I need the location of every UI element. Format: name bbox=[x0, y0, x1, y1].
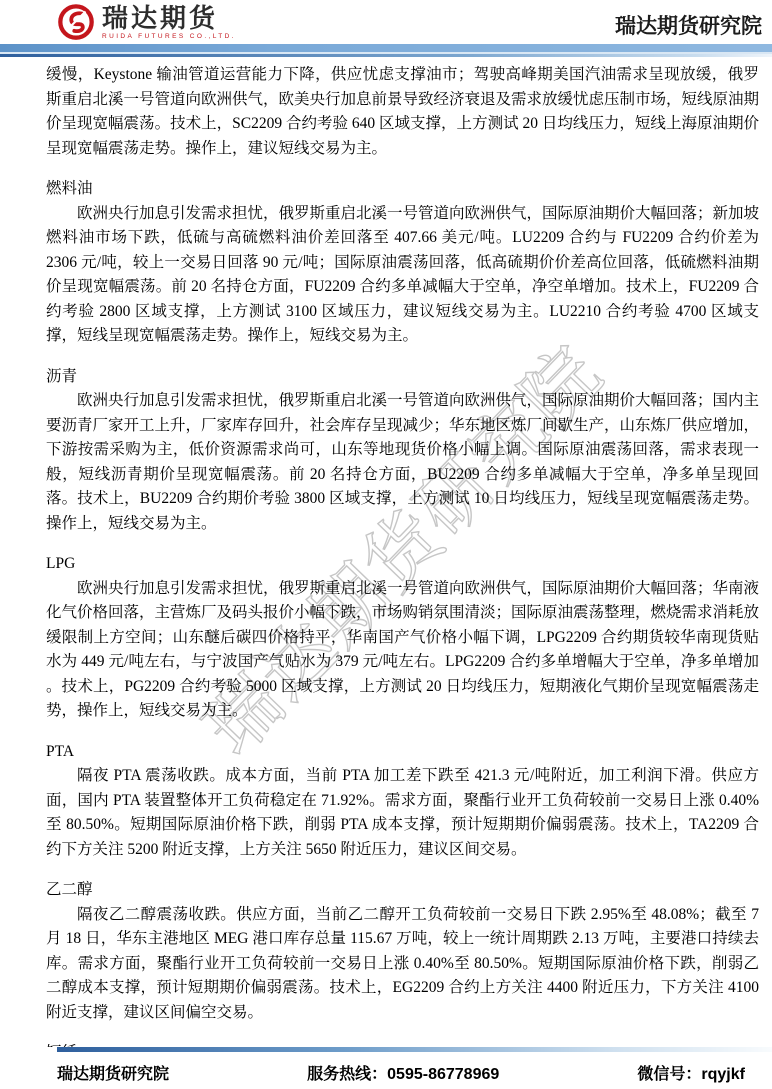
section-heading-asphalt: 沥青 bbox=[46, 365, 759, 390]
section-lpg: LPG 欧洲央行加息引发需求担忧，俄罗斯重启北溪一号管道向欧洲供气，国际原油期价… bbox=[46, 552, 759, 724]
ruida-logo-icon bbox=[57, 3, 95, 41]
footer-hotline-label: 服务热线： bbox=[307, 1066, 387, 1083]
brand-name-en: RUIDA FUTURES CO.,LTD. bbox=[102, 33, 236, 40]
footer-hotline-number: 0595-86778969 bbox=[387, 1066, 499, 1083]
paragraph-fuel-oil: 欧洲央行加息引发需求担忧，俄罗斯重启北溪一号管道向欧洲供气，国际原油期价大幅回落… bbox=[46, 202, 759, 349]
section-meg: 乙二醇 隔夜乙二醇震荡收跌。供应方面，当前乙二醇开工负荷较前一交易日下跌 2.9… bbox=[46, 878, 759, 1025]
band-stripe-mid bbox=[0, 44, 772, 52]
report-body: 缓慢，Keystone 输油管道运营能力下降，供应忧虑支撑油市；驾驶高峰期美国汽… bbox=[0, 57, 772, 1066]
footer-institute: 瑞达期货研究院 bbox=[57, 1061, 169, 1084]
section-heading-pta: PTA bbox=[46, 740, 759, 765]
section-asphalt: 沥青 欧洲央行加息引发需求担忧，俄罗斯重启北溪一号管道向欧洲供气，国际原油期价大… bbox=[46, 365, 759, 537]
brand-logo: 瑞达期货 RUIDA FUTURES CO.,LTD. bbox=[57, 3, 236, 41]
footer-wechat: 微信号：rqyjkf bbox=[637, 1061, 745, 1084]
header-institute-title: 瑞达期货研究院 bbox=[615, 10, 762, 41]
header-divider-band bbox=[0, 44, 772, 57]
footer-text-row: 瑞达期货研究院 服务热线：0595-86778969 微信号：rqyjkf bbox=[0, 1052, 772, 1084]
footer-wechat-label: 微信号： bbox=[637, 1066, 701, 1083]
section-heading-lpg: LPG bbox=[46, 552, 759, 577]
footer-wechat-id: rqyjkf bbox=[701, 1066, 745, 1083]
report-page: 瑞达期货 RUIDA FUTURES CO.,LTD. 瑞达期货研究院 瑞达期货… bbox=[0, 0, 772, 1089]
paragraph-lpg: 欧洲央行加息引发需求担忧，俄罗斯重启北溪一号管道向欧洲供气，国际原油期价大幅回落… bbox=[46, 577, 759, 724]
section-heading-fuel-oil: 燃料油 bbox=[46, 177, 759, 202]
report-footer: 瑞达期货研究院 服务热线：0595-86778969 微信号：rqyjkf bbox=[0, 1047, 772, 1089]
paragraph-crude-oil: 缓慢，Keystone 输油管道运营能力下降，供应忧虑支撑油市；驾驶高峰期美国汽… bbox=[46, 63, 759, 161]
brand-name-cn: 瑞达期货 bbox=[102, 5, 236, 31]
section-pta: PTA 隔夜 PTA 震荡收跌。成本方面，当前 PTA 加工差下跌至 421.3… bbox=[46, 740, 759, 863]
report-header: 瑞达期货 RUIDA FUTURES CO.,LTD. 瑞达期货研究院 bbox=[0, 0, 772, 44]
section-fuel-oil: 燃料油 欧洲央行加息引发需求担忧，俄罗斯重启北溪一号管道向欧洲供气，国际原油期价… bbox=[46, 177, 759, 349]
paragraph-asphalt: 欧洲央行加息引发需求担忧，俄罗斯重启北溪一号管道向欧洲供气，国际原油期价大幅回落… bbox=[46, 389, 759, 536]
paragraph-meg: 隔夜乙二醇震荡收跌。供应方面，当前乙二醇开工负荷较前一交易日下跌 2.95%至 … bbox=[46, 903, 759, 1026]
section-heading-meg: 乙二醇 bbox=[46, 878, 759, 903]
footer-hotline: 服务热线：0595-86778969 bbox=[307, 1061, 499, 1084]
paragraph-pta: 隔夜 PTA 震荡收跌。成本方面，当前 PTA 加工差下跌至 421.3 元/吨… bbox=[46, 764, 759, 862]
section-crude-oil-continued: 缓慢，Keystone 输油管道运营能力下降，供应忧虑支撑油市；驾驶高峰期美国汽… bbox=[46, 63, 759, 161]
brand-logo-text: 瑞达期货 RUIDA FUTURES CO.,LTD. bbox=[102, 5, 236, 40]
